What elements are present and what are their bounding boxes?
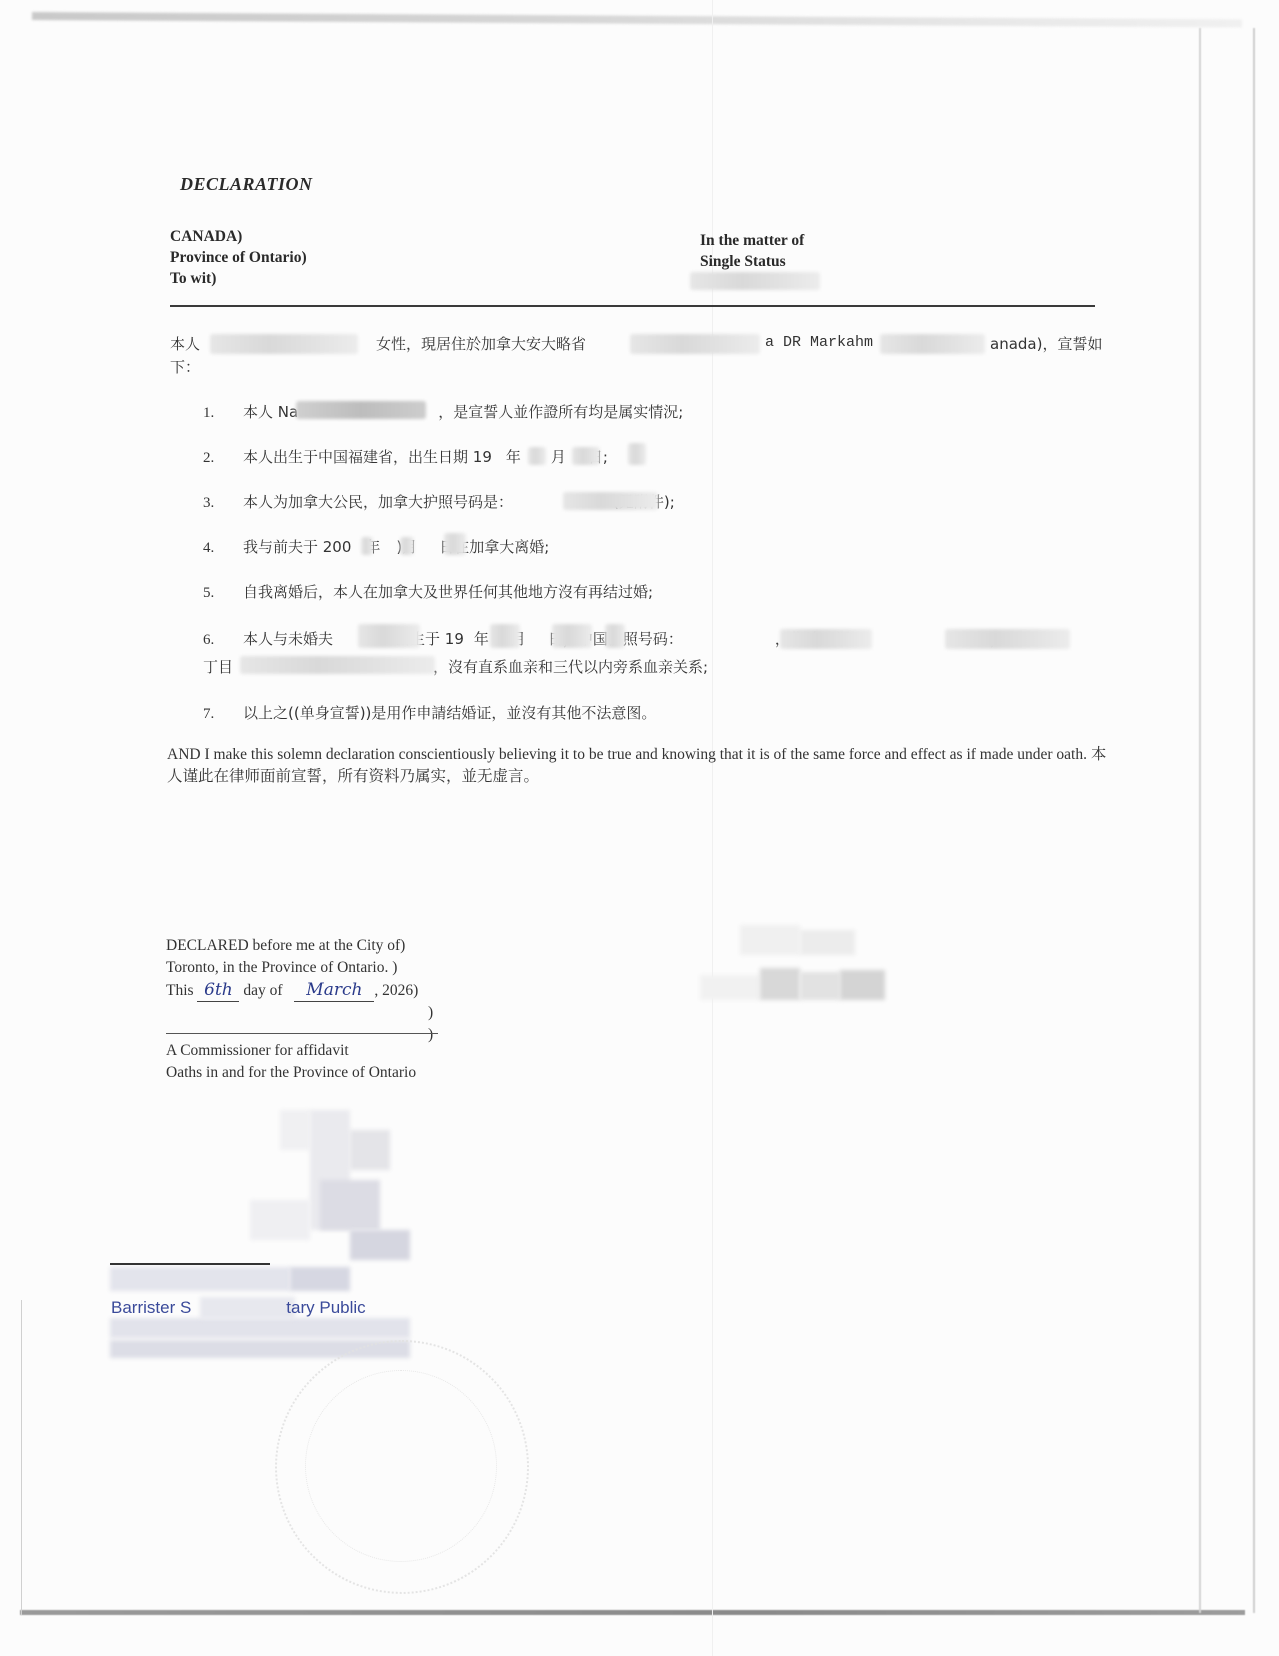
commissioner-line-2: Oaths in and for the Province of Ontario — [166, 1062, 416, 1084]
redaction-fiance-birth-year — [490, 624, 520, 648]
barrister-signature-line — [110, 1263, 270, 1265]
redaction-declarant-name — [210, 334, 358, 354]
declared-line-2: Toronto, in the Province of Ontario. ) — [166, 957, 433, 979]
redaction-address-1 — [630, 334, 760, 354]
declaration-item-2: 2.本人出生于中国福建省，出生日期 19年月日; — [203, 446, 608, 467]
redaction-fiance-name — [358, 624, 420, 648]
commissioner-block: A Commissioner for affidavit Oaths in an… — [166, 1040, 416, 1084]
redaction-address-2 — [880, 334, 985, 354]
header-divider — [170, 305, 1095, 307]
declared-before-block: DECLARED before me at the City of) Toron… — [166, 935, 433, 1046]
handwritten-month: March — [294, 979, 374, 1002]
redaction-birth-year — [528, 447, 546, 465]
intro-country-end: anada)，宣誓如 — [990, 333, 1102, 354]
scan-edge-left — [21, 1300, 22, 1615]
redaction-matter-name — [690, 272, 820, 290]
barrister-stamp-text: Barrister Stary Public — [111, 1298, 366, 1318]
intro-line-2: 下： — [170, 356, 200, 377]
declaration-item-5: 5.自我离婚后，本人在加拿大及世界任何其他地方沒有再结过婚; — [203, 581, 653, 602]
scan-edge-top — [32, 12, 1242, 27]
notary-seal-inner-ring — [305, 1370, 497, 1562]
redaction-birth-month — [572, 447, 600, 465]
redaction-fiance-birth-month — [552, 624, 592, 648]
solemn-declaration-paragraph: AND I make this solemn declaration consc… — [167, 744, 1112, 788]
redaction-item-1-name — [296, 401, 426, 419]
redaction-birth-day — [628, 443, 646, 465]
intro-street: a DR Markahm — [765, 334, 873, 351]
scan-edge-right — [1199, 28, 1201, 1613]
redaction-passport-number — [563, 492, 658, 510]
jurisdiction-province: Province of Ontario) — [170, 247, 307, 268]
declared-line-3: This 6th day of March, 2026) — [166, 979, 433, 1002]
scan-edge-bottom — [20, 1610, 1245, 1615]
jurisdiction-country: CANADA) — [170, 226, 307, 247]
declaration-item-4: 4.我与前夫于 200年)月日在加拿大离婚; — [203, 536, 549, 557]
declared-line-4: ) — [166, 1002, 433, 1024]
declared-line-1: DECLARED before me at the City of) — [166, 935, 433, 957]
intro-prefix: 本人 — [170, 335, 200, 353]
declaration-item-1: 1.本人 Na，是宣誓人並作證所有均是属实情況; — [203, 401, 683, 422]
matter-subject: Single Status — [700, 251, 804, 272]
redaction-divorce-day — [444, 533, 466, 555]
intro-line-1: 本人 — [170, 333, 200, 354]
redaction-fiance-passport — [780, 629, 872, 649]
declaration-item-7: 7.以上之((单身宣誓))是用作申請结婚证，並沒有其他不法意图。 — [203, 702, 656, 723]
jurisdiction-block: CANADA) Province of Ontario) To wit) — [170, 226, 307, 289]
redaction-divorce-year — [361, 537, 373, 555]
commissioner-line-1: A Commissioner for affidavit — [166, 1040, 416, 1062]
handwritten-day: 6th — [197, 979, 239, 1002]
matter-block: In the matter of Single Status — [700, 230, 804, 272]
jurisdiction-towit: To wit) — [170, 268, 307, 289]
redaction-fiance-address-2 — [240, 656, 435, 674]
redaction-fiance-address — [945, 629, 1070, 649]
matter-label: In the matter of — [700, 230, 804, 251]
redaction-fiance-birth-day — [605, 624, 625, 648]
document-title: DECLARATION — [180, 174, 313, 195]
declaration-item-6: 6.本人与未婚夫出生于 19年月日，中国护照号码：，住址：福， — [203, 628, 1005, 649]
redaction-divorce-month — [400, 537, 414, 555]
scan-edge-right-outer — [1253, 28, 1255, 1613]
commissioner-signature-line — [166, 1033, 438, 1034]
intro-gender-residence: 女性，現居住於加拿大安大略省 — [376, 333, 586, 354]
